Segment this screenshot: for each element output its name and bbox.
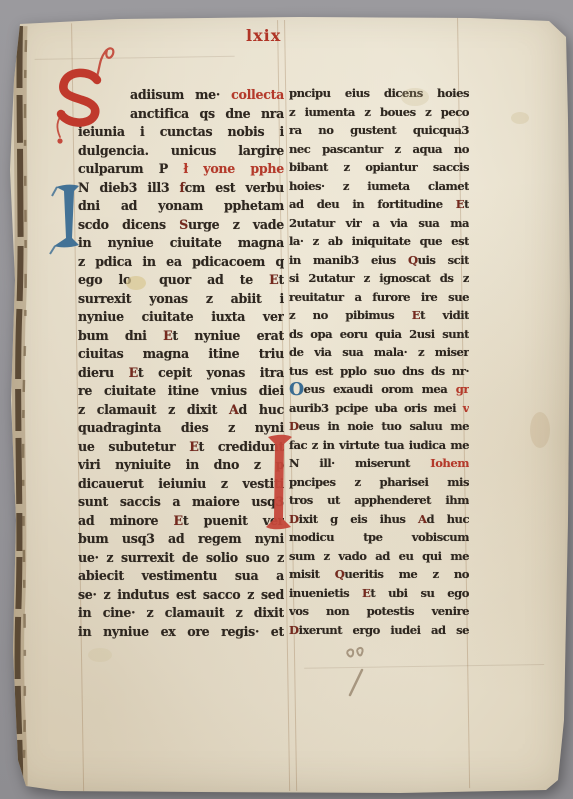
text-segment: bum usq3 ad regem nyni: [78, 531, 284, 546]
manuscript-leaf-wrap: lxix adiisum me· collectaanctifica qs dn…: [0, 0, 573, 799]
text-segment: z no pibimus: [289, 308, 412, 322]
text-segment: z iumenta z boues z peco: [289, 105, 469, 119]
text-segment: ue subutetur: [78, 439, 189, 454]
text-segment: t credidunt: [199, 439, 285, 454]
text-segment: bum dni: [78, 328, 163, 343]
text-line: viri nyniuite in dno z p: [78, 456, 284, 475]
text-segment: ad minore: [78, 513, 174, 528]
text-line: N dieb3 ill3 fcm est verbu: [78, 179, 284, 198]
text-segment: z clamauit z dixit: [78, 402, 229, 417]
text-segment: dicauerut ieiuniu z vestiti: [78, 476, 284, 491]
text-line: dicauerut ieiuniu z vestiti: [78, 475, 284, 494]
text-segment: sum z vado ad eu qui me: [289, 549, 469, 563]
text-segment: 2utatur vir a via sua ma: [289, 216, 469, 230]
text-segment: anctifica qs dne nra: [130, 106, 284, 121]
text-line: nyniue ciuitate iuxta ver: [78, 308, 284, 327]
text-segment: z pdica in ea pdicacoem q: [78, 254, 284, 269]
text-line: hoies· z iumeta clamet: [289, 177, 469, 196]
text-line: modicu tpe vobiscum: [289, 528, 469, 547]
text-segment: ueritis me z no: [344, 567, 469, 581]
text-line: ue· z surrexit de solio suo z: [78, 549, 284, 568]
text-segment: D: [289, 623, 299, 637]
text-segment: t: [278, 272, 284, 287]
text-segment: in nyniue ex ore regis· et: [78, 624, 284, 639]
text-segment: eus exaudi orom mea: [304, 382, 456, 396]
text-line: misit Queritis me z no: [289, 565, 469, 584]
photograph-background: { "page": { "kind": "medieval manuscript…: [0, 0, 573, 799]
text-segment: la· z ab iniquitate que est: [289, 234, 469, 248]
text-segment: ue· z surrexit de solio suo z: [78, 550, 284, 565]
text-line: 2utatur vir a via sua ma: [289, 214, 469, 233]
text-line: ieiunia i cunctas nobis i: [78, 123, 284, 142]
text-line: ad minore Et puenit ver: [78, 512, 284, 531]
text-segment: dulgencia. unicus largire: [78, 143, 284, 158]
crease-line: [304, 664, 544, 669]
text-segment: t ubi su ego: [370, 586, 469, 600]
text-segment: urge z vade: [188, 217, 284, 232]
text-segment: misit: [289, 567, 335, 581]
text-line: dni ad yonam pphetam: [78, 197, 284, 216]
text-line: bum dni Et nyniue erat: [78, 327, 284, 346]
text-segment: t vidit: [420, 308, 469, 322]
text-line: dulgencia. unicus largire: [78, 142, 284, 161]
text-segment: ego lo: [78, 272, 131, 287]
text-segment: dieru: [78, 365, 129, 380]
text-line: ciuitas magna itine triu: [78, 345, 284, 364]
text-line: Dixerunt ergo iudei ad se: [289, 621, 469, 640]
text-segment: re ciuitate itine vnius diei: [78, 383, 284, 398]
text-segment: in nyniue ciuitate magna: [78, 235, 284, 250]
text-segment: quor ad te: [159, 272, 269, 287]
text-segment: E: [129, 365, 138, 380]
text-line: si 2utatur z ignoscat ds z: [289, 269, 469, 288]
text-column-right: pncipu eius dicens hoiesz iumenta z boue…: [289, 84, 469, 639]
text-line: Oeus exaudi orom mea gr: [289, 380, 469, 399]
text-line: z iumenta z boues z peco: [289, 103, 469, 122]
text-line: abiecit vestimentu sua a: [78, 567, 284, 586]
text-segment: O: [289, 380, 304, 399]
text-segment: pncipes z pharisei mis: [289, 475, 469, 489]
text-segment: scdo dicens: [78, 217, 179, 232]
manuscript-leaf: lxix adiisum me· collectaanctifica qs dn…: [0, 0, 573, 799]
text-segment: E: [456, 197, 464, 211]
text-segment: culparum P: [78, 161, 183, 176]
text-line: ad deu in fortitudine Et: [289, 195, 469, 214]
text-line: dieru Et cepit yonas itra: [78, 364, 284, 383]
crease-line: [35, 56, 235, 60]
text-segment: ixit g eis ihus: [299, 512, 418, 526]
text-segment: hoies· z iumeta clamet: [289, 179, 469, 193]
text-segment: S: [179, 217, 188, 232]
text-segment: t: [464, 197, 469, 211]
text-segment: Iohem: [430, 456, 469, 470]
text-segment: E: [412, 308, 420, 322]
text-segment: aurib3 pcipe uba oris mei: [289, 401, 463, 415]
text-segment: eus in noie tuo saluu me: [299, 419, 469, 433]
text-segment: E: [189, 439, 198, 454]
text-segment: quadraginta dies z nyni: [78, 420, 284, 435]
text-line: surrexit yonas z abiit i: [78, 290, 284, 309]
text-segment: v: [463, 401, 469, 415]
text-segment: modicu tpe vobiscum: [289, 530, 469, 544]
text-segment: ra no gustent quicqua3: [289, 123, 469, 137]
text-segment: bibant z opiantur saccis: [289, 160, 469, 174]
text-line: sunt saccis a maiore usq3: [78, 493, 284, 512]
folio-number: lxix: [246, 26, 316, 45]
text-segment: Q: [408, 253, 418, 267]
text-segment: t puenit ver: [183, 513, 284, 528]
text-segment: abiecit vestimentu sua a: [78, 568, 284, 583]
text-segment: d huc: [239, 402, 285, 417]
text-segment: A: [229, 402, 238, 417]
text-line: bum usq3 ad regem nyni: [78, 530, 284, 549]
text-line: ue subutetur Et credidunt: [78, 438, 284, 457]
text-segment: pncipu eius dicens hoies: [289, 86, 469, 100]
text-segment: tros ut apphenderet ihm: [289, 493, 469, 507]
text-segment: t nyniue erat: [172, 328, 284, 343]
text-line: sum z vado ad eu qui me: [289, 547, 469, 566]
text-segment: uis scit: [418, 253, 469, 267]
text-line: anctifica qs dne nra: [78, 105, 284, 124]
text-line: in manib3 eius Quis scit: [289, 251, 469, 270]
text-line: de via sua mala· z miser: [289, 343, 469, 362]
text-line: reuitatur a furore ire sue: [289, 288, 469, 307]
text-line: Deus in noie tuo saluu me: [289, 417, 469, 436]
text-segment: surrexit yonas z abiit i: [78, 291, 284, 306]
text-line: inuenietis Et ubi su ego: [289, 584, 469, 603]
text-line: se· z indutus est sacco z sed: [78, 586, 284, 605]
text-segment: ciuitas magna itine triu: [78, 346, 284, 361]
text-segment: fac z in virtute tua iudica me: [289, 438, 469, 452]
text-segment: in manib3 eius: [289, 253, 408, 267]
text-segment: in cine· z clamauit z dixit: [78, 605, 284, 620]
text-segment: reuitatur a furore ire sue: [289, 290, 469, 304]
text-line: culparum P ł yone pphe: [78, 160, 284, 179]
text-segment: Q: [335, 567, 345, 581]
text-segment: nyniue ciuitate iuxta ver: [78, 309, 284, 324]
text-segment: tus est pplo suo dns ds nr·: [289, 364, 469, 378]
text-segment: cm est verbu: [185, 180, 284, 195]
text-segment: D: [289, 419, 299, 433]
text-line: nec pascantur z aqua no: [289, 140, 469, 159]
text-segment: ixerunt ergo iudei ad se: [299, 623, 469, 637]
text-line: ds opa eoru quia 2usi sunt: [289, 325, 469, 344]
text-line: bibant z opiantur saccis: [289, 158, 469, 177]
text-line: in nyniue ciuitate magna: [78, 234, 284, 253]
text-line: pncipu eius dicens hoies: [289, 84, 469, 103]
text-segment: dni ad yonam pphetam: [78, 198, 284, 213]
text-line: z no pibimus Et vidit: [289, 306, 469, 325]
text-line: scdo dicens Surge z vade: [78, 216, 284, 235]
text-segment: viri nyniuite in dno z p: [78, 457, 284, 472]
text-line: N ill· miserunt Iohem: [289, 454, 469, 473]
text-segment: si 2utatur z ignoscat ds z: [289, 271, 469, 285]
text-segment: D: [289, 512, 299, 526]
text-segment: collecta: [220, 87, 284, 102]
text-segment: N ill· miserunt: [289, 456, 430, 470]
text-segment: nec pascantur z aqua no: [289, 142, 469, 156]
text-segment: sunt saccis a maiore usq3: [78, 494, 284, 509]
text-line: la· z ab iniquitate que est: [289, 232, 469, 251]
text-segment: ad deu in fortitudine: [289, 197, 456, 211]
text-line: adiisum me· collecta: [78, 86, 284, 105]
text-line: aurib3 pcipe uba oris mei v: [289, 399, 469, 418]
text-column-left: adiisum me· collectaanctifica qs dne nra…: [78, 86, 284, 641]
text-line: pncipes z pharisei mis: [289, 473, 469, 492]
text-line: in cine· z clamauit z dixit: [78, 604, 284, 623]
text-segment: vos non potestis venire: [289, 604, 469, 618]
text-segment: adiisum me·: [130, 87, 220, 102]
text-segment: E: [163, 328, 172, 343]
text-line: ra no gustent quicqua3: [289, 121, 469, 140]
text-segment: ł yone pphe: [183, 161, 284, 176]
text-segment: inuenietis: [289, 586, 362, 600]
text-segment: ieiunia i cunctas nobis i: [78, 124, 284, 139]
text-segment: se· z indutus est sacco z sed: [78, 587, 284, 602]
text-segment: gr: [456, 382, 469, 396]
text-segment: d huc: [426, 512, 469, 526]
text-line: fac z in virtute tua iudica me: [289, 436, 469, 455]
text-segment: N dieb3 ill3: [78, 180, 180, 195]
text-line: z pdica in ea pdicacoem q: [78, 253, 284, 272]
text-line: z clamauit z dixit Ad huc: [78, 401, 284, 420]
text-line: in nyniue ex ore regis· et: [78, 623, 284, 642]
text-line: tus est pplo suo dns ds nr·: [289, 362, 469, 381]
text-line: vos non potestis venire: [289, 602, 469, 621]
text-line: re ciuitate itine vnius diei: [78, 382, 284, 401]
text-segment: de via sua mala· z miser: [289, 345, 469, 359]
text-line: tros ut apphenderet ihm: [289, 491, 469, 510]
text-segment: t cepit yonas itra: [138, 365, 284, 380]
text-segment: E: [174, 513, 183, 528]
text-gap: [131, 283, 159, 284]
text-segment: ds opa eoru quia 2usi sunt: [289, 327, 469, 341]
text-line: Dixit g eis ihus Ad huc: [289, 510, 469, 529]
text-line: quadraginta dies z nyni: [78, 419, 284, 438]
text-line: ego loquor ad te Et: [78, 271, 284, 290]
